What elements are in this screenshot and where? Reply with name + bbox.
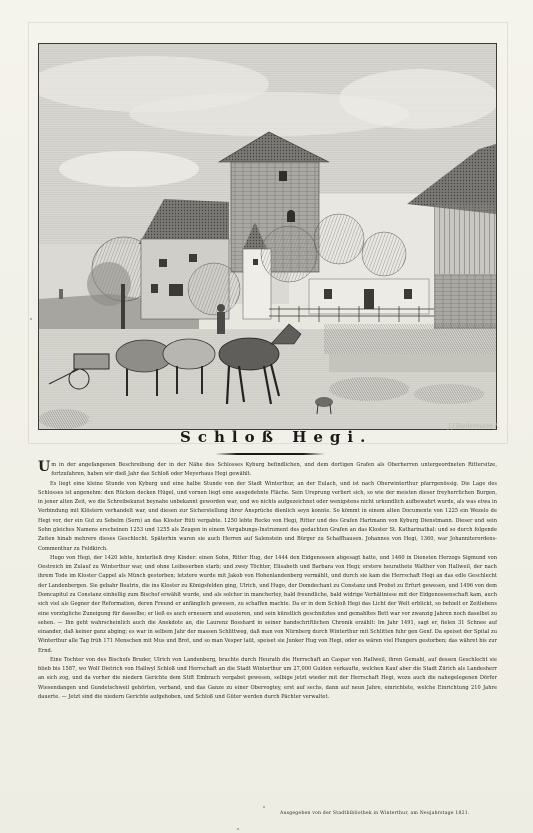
paragraph-3: Hugo von Hegi, der 1420 lebte, hinterlie…: [38, 554, 497, 656]
paragraph-4: Eine Tochter von des Bischofs Bruder, Ul…: [38, 656, 497, 702]
publisher-imprint: Ausgegeben von der Stadtbibliothek in Wi…: [280, 811, 470, 816]
paragraph-1: Um in der angefangenen Beschreibung der …: [38, 461, 497, 480]
driver: [217, 312, 225, 334]
pond: [329, 354, 496, 372]
paper-sheet: J.J.Biedermann f. Schloß Hegi. Um in der…: [0, 0, 533, 833]
ox: [163, 339, 215, 369]
artist-signature: J.J.Biedermann f.: [448, 423, 499, 430]
drop-cap: U: [38, 462, 50, 473]
horse: [219, 338, 279, 370]
paragraph-2: Es liegt eine kleine Stunde von Kyburg u…: [38, 480, 497, 554]
tree: [314, 214, 364, 264]
bush: [414, 384, 484, 404]
foreground-plants: [39, 409, 89, 429]
bush: [329, 377, 409, 401]
body-text: Um in der angefangenen Beschreibung der …: [38, 461, 497, 702]
hedge: [324, 324, 496, 354]
tree: [188, 263, 240, 315]
title-underline: [215, 453, 325, 455]
tree: [261, 226, 317, 282]
engraving-illustration: [38, 43, 497, 430]
castle-landscape-illustration: [39, 44, 496, 429]
tree: [362, 232, 406, 276]
cloud: [339, 69, 496, 129]
distant-tower: [59, 289, 63, 299]
page-title: Schloß Hegi.: [180, 428, 380, 446]
barn-wall-stone: [434, 274, 496, 329]
cloud: [59, 151, 199, 187]
